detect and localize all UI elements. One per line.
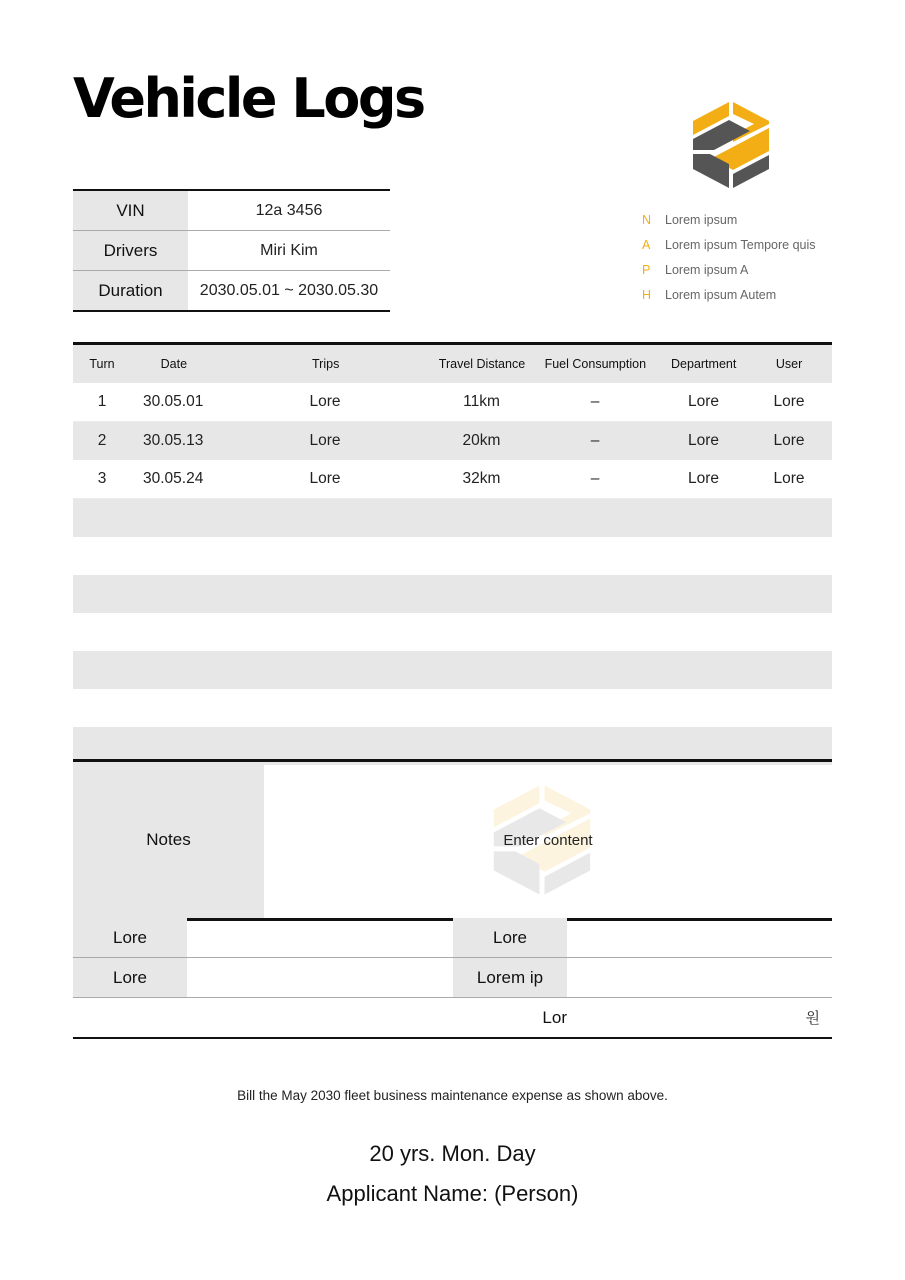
page-title: Vehicle Logs xyxy=(73,72,424,126)
field-input[interactable] xyxy=(567,958,832,997)
cell-department[interactable]: Lore xyxy=(661,393,746,411)
cell-date[interactable]: 30.05.13 xyxy=(131,432,216,450)
field-label: Lorem ip xyxy=(453,958,567,997)
empty-table-row[interactable] xyxy=(73,575,832,613)
empty-table-row[interactable] xyxy=(73,499,832,537)
date-line: 20 yrs. Mon. Day xyxy=(0,1141,905,1167)
summary-fields: Lore Lore Lore Lorem ip Lor 원 xyxy=(73,918,832,1039)
cell-turn[interactable]: 2 xyxy=(73,432,131,450)
empty-table-row[interactable] xyxy=(73,689,832,727)
header-user: User xyxy=(746,357,832,371)
legend-text: Lorem ipsum Autem xyxy=(665,288,776,302)
legend-letter: P xyxy=(642,263,665,277)
legend-letter: A xyxy=(642,238,665,252)
field-input[interactable] xyxy=(187,958,453,997)
field-label: Lore xyxy=(453,918,567,957)
cell-trips[interactable]: Lore xyxy=(216,432,434,450)
total-label: Lor xyxy=(73,1008,567,1028)
cell-distance[interactable]: 32km xyxy=(434,470,529,488)
hexagon-logo-icon xyxy=(690,100,772,190)
notes-placeholder: Enter content xyxy=(503,832,592,849)
table-header: Turn Date Trips Travel Distance Fuel Con… xyxy=(73,345,832,383)
billing-statement: Bill the May 2030 fleet business mainten… xyxy=(0,1088,905,1103)
cell-department[interactable]: Lore xyxy=(661,470,746,488)
empty-rows xyxy=(73,499,832,765)
cell-turn[interactable]: 3 xyxy=(73,470,131,488)
notes-input[interactable]: Enter content xyxy=(264,762,832,918)
field-input[interactable] xyxy=(567,918,832,957)
drivers-label: Drivers xyxy=(73,231,188,270)
cell-user[interactable]: Lore xyxy=(746,393,832,411)
cell-user[interactable]: Lore xyxy=(746,432,832,450)
cell-user[interactable]: Lore xyxy=(746,470,832,488)
empty-table-row[interactable] xyxy=(73,651,832,689)
notes-label: Notes xyxy=(73,762,264,918)
cell-fuel[interactable]: – xyxy=(529,393,661,411)
summary-row: Lore Lore xyxy=(73,918,832,958)
log-table: Turn Date Trips Travel Distance Fuel Con… xyxy=(73,342,832,765)
legend-letter: N xyxy=(642,213,665,227)
empty-table-row[interactable] xyxy=(73,613,832,651)
cell-department[interactable]: Lore xyxy=(661,432,746,450)
applicant-name: Applicant Name: (Person) xyxy=(0,1181,905,1207)
legend: N Lorem ipsum A Lorem ipsum Tempore quis… xyxy=(642,207,816,307)
header-turn: Turn xyxy=(73,357,131,371)
cell-date[interactable]: 30.05.24 xyxy=(131,470,216,488)
cell-trips[interactable]: Lore xyxy=(216,393,434,411)
legend-item: H Lorem ipsum Autem xyxy=(642,282,816,307)
total-row: Lor 원 xyxy=(73,998,832,1037)
field-label: Lore xyxy=(73,958,187,997)
header-date: Date xyxy=(131,357,217,371)
legend-item: N Lorem ipsum xyxy=(642,207,816,232)
info-row-vin: VIN 12a 3456 xyxy=(73,191,390,231)
header-trips: Trips xyxy=(217,357,435,371)
vin-label: VIN xyxy=(73,191,188,230)
cell-distance[interactable]: 20km xyxy=(434,432,529,450)
legend-text: Lorem ipsum A xyxy=(665,263,748,277)
cell-date[interactable]: 30.05.01 xyxy=(131,393,216,411)
cell-distance[interactable]: 11km xyxy=(434,393,529,411)
legend-item: P Lorem ipsum A xyxy=(642,257,816,282)
notes-section: Notes Enter content xyxy=(73,759,832,921)
legend-text: Lorem ipsum xyxy=(665,213,737,227)
header-department: Department xyxy=(661,357,746,371)
summary-row: Lore Lorem ip xyxy=(73,958,832,998)
drivers-value[interactable]: Miri Kim xyxy=(188,231,390,270)
legend-item: A Lorem ipsum Tempore quis xyxy=(642,232,816,257)
field-label: Lore xyxy=(73,918,187,957)
currency-unit[interactable]: 원 xyxy=(567,1007,832,1028)
header-travel-distance: Travel Distance xyxy=(435,357,530,371)
duration-label: Duration xyxy=(73,271,188,310)
cell-fuel[interactable]: – xyxy=(529,432,661,450)
cell-trips[interactable]: Lore xyxy=(216,470,434,488)
legend-text: Lorem ipsum Tempore quis xyxy=(665,238,816,252)
vehicle-info-table: VIN 12a 3456 Drivers Miri Kim Duration 2… xyxy=(73,189,390,312)
legend-letter: H xyxy=(642,288,665,302)
table-row: 2 30.05.13 Lore 20km – Lore Lore xyxy=(73,422,832,460)
duration-value[interactable]: 2030.05.01 ~ 2030.05.30 xyxy=(188,271,390,310)
vin-value[interactable]: 12a 3456 xyxy=(188,191,390,230)
info-row-duration: Duration 2030.05.01 ~ 2030.05.30 xyxy=(73,271,390,310)
cell-turn[interactable]: 1 xyxy=(73,393,131,411)
table-row: 3 30.05.24 Lore 32km – Lore Lore xyxy=(73,460,832,499)
info-row-drivers: Drivers Miri Kim xyxy=(73,231,390,271)
table-row: 1 30.05.01 Lore 11km – Lore Lore xyxy=(73,383,832,422)
cell-fuel[interactable]: – xyxy=(529,470,661,488)
field-input[interactable] xyxy=(187,918,453,957)
header-fuel-consumption: Fuel Consumption xyxy=(529,357,661,371)
empty-table-row[interactable] xyxy=(73,537,832,575)
